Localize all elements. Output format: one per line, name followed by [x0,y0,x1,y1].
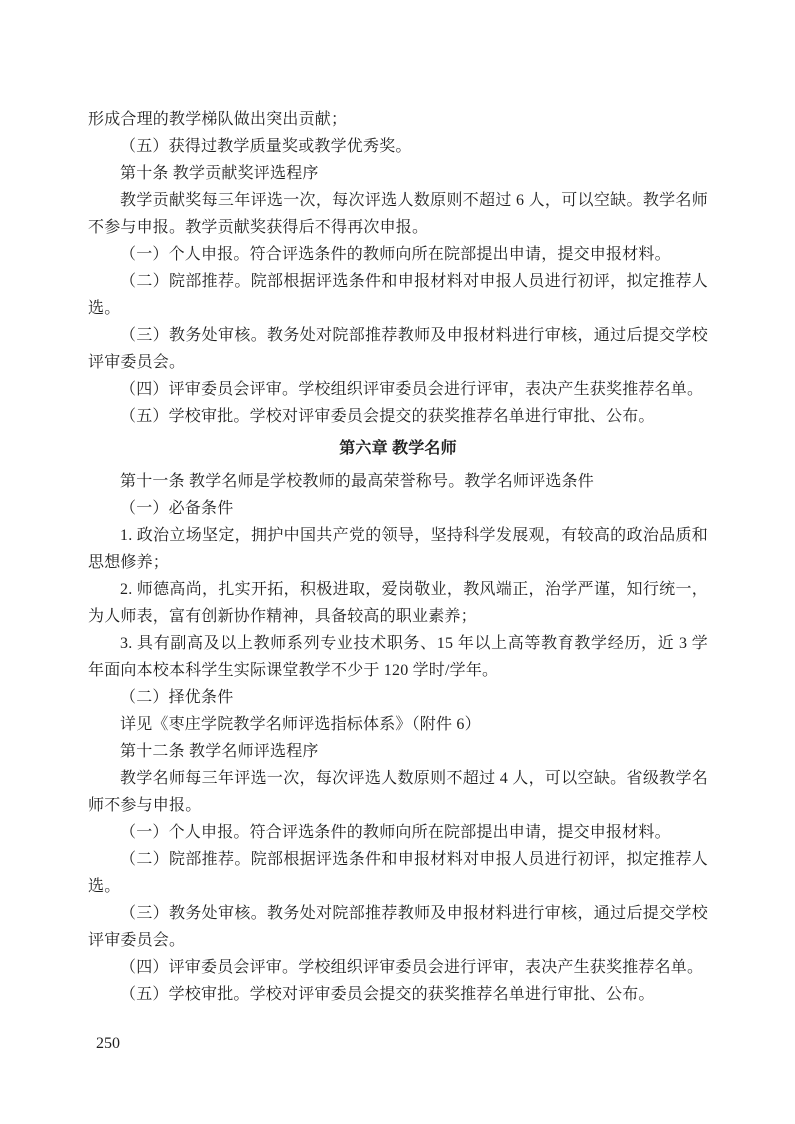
paragraph: （二）择优条件 [88,684,708,711]
paragraph: （二）院部推荐。院部根据评选条件和申报材料对申报人员进行初评，拟定推荐人选。 [88,846,708,900]
paragraph: （一）个人申报。符合评选条件的教师向所在院部提出申请，提交申报材料。 [88,241,708,268]
paragraph: 第十条 教学贡献奖评选程序 [88,160,708,187]
paragraph: （一）必备条件 [88,495,708,522]
paragraph: 第十二条 教学名师评选程序 [88,738,708,765]
paragraph: 教学名师每三年评选一次，每次评选人数原则不超过 4 人，可以空缺。省级教学名师不… [88,765,708,819]
paragraph: 1. 政治立场坚定，拥护中国共产党的领导，坚持科学发展观，有较高的政治品质和思想… [88,522,708,576]
paragraph: （三）教务处审核。教务处对院部推荐教师及申报材料进行审核，通过后提交学校评审委员… [88,900,708,954]
chapter-heading: 第六章 教学名师 [88,435,708,462]
page-number: 250 [96,1030,120,1057]
paragraph: 教学贡献奖每三年评选一次，每次评选人数原则不超过 6 人，可以空缺。教学名师不参… [88,187,708,241]
paragraph: （三）教务处审核。教务处对院部推荐教师及申报材料进行审核，通过后提交学校评审委员… [88,322,708,376]
paragraph: （四）评审委员会评审。学校组织评审委员会进行评审，表决产生获奖推荐名单。 [88,376,708,403]
paragraph: （五）学校审批。学校对评审委员会提交的获奖推荐名单进行审批、公布。 [88,403,708,430]
paragraph: （一）个人申报。符合评选条件的教师向所在院部提出申请，提交申报材料。 [88,819,708,846]
paragraph: 形成合理的教学梯队做出突出贡献； [88,106,708,133]
paragraph: 第十一条 教学名师是学校教师的最高荣誉称号。教学名师评选条件 [88,468,708,495]
document-page: 形成合理的教学梯队做出突出贡献；（五）获得过教学质量奖或教学优秀奖。第十条 教学… [0,0,795,1124]
page-body: 形成合理的教学梯队做出突出贡献；（五）获得过教学质量奖或教学优秀奖。第十条 教学… [88,106,708,1008]
paragraph: （二）院部推荐。院部根据评选条件和申报材料对申报人员进行初评，拟定推荐人选。 [88,268,708,322]
paragraph: （五）学校审批。学校对评审委员会提交的获奖推荐名单进行审批、公布。 [88,981,708,1008]
paragraph: 2. 师德高尚，扎实开拓，积极进取，爱岗敬业，教风端正，治学严谨，知行统一，为人… [88,576,708,630]
paragraph: （四）评审委员会评审。学校组织评审委员会进行评审，表决产生获奖推荐名单。 [88,954,708,981]
paragraph: （五）获得过教学质量奖或教学优秀奖。 [88,133,708,160]
paragraph: 详见《枣庄学院教学名师评选指标体系》（附件 6） [88,711,708,738]
paragraph: 3. 具有副高及以上教师系列专业技术职务、15 年以上高等教育教学经历，近 3 … [88,630,708,684]
